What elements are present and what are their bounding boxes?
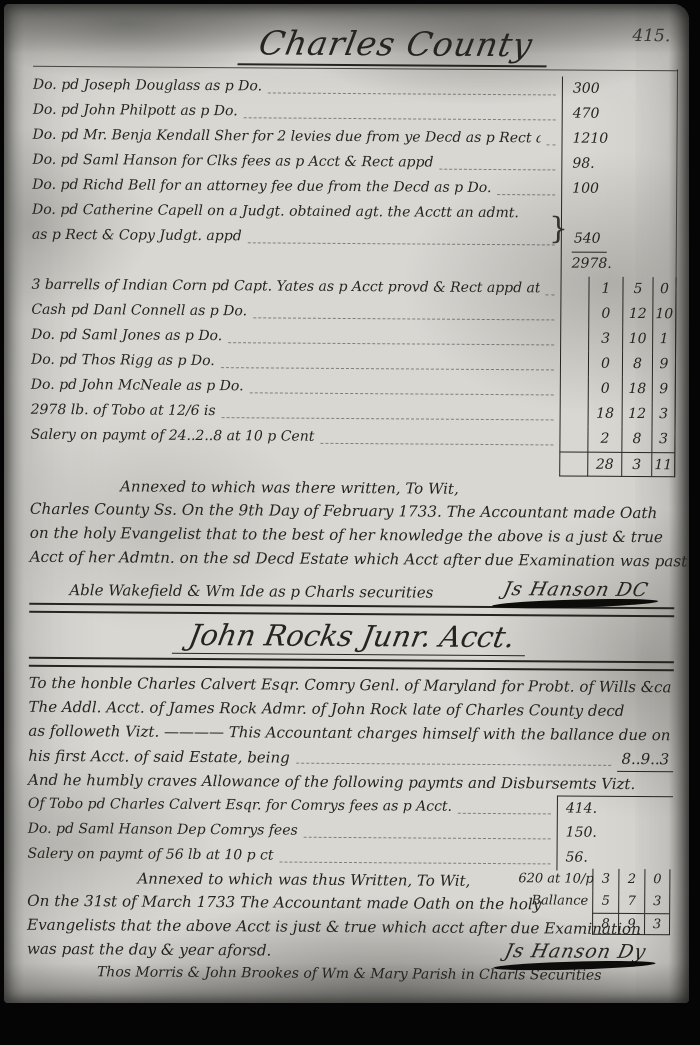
tobacco-amount (561, 201, 677, 227)
account1-table: Do. pd Joseph Douglass as p Do. 300 Do. … (30, 73, 678, 477)
entry-text: Do. pd Saml Jones as p Do. (31, 323, 222, 349)
pence-cell: 9 (652, 352, 676, 377)
pounds-cell: 18 (588, 402, 622, 427)
entry-text: Do. pd John McNeale as p Do. (31, 373, 244, 399)
page-content: 415. Charles County Do. pd Joseph Dougla… (4, 4, 689, 1003)
pounds-cell: 0 (588, 377, 622, 402)
summary-row: 620 at 10/p 3 2 0 (518, 868, 670, 891)
entry-text: 2978 lb. of Tobo at 12/6 is (31, 398, 216, 424)
total-pounds: 28 (587, 452, 621, 477)
summary-label (518, 912, 592, 935)
column-gap (560, 301, 588, 326)
page-number: 415. (632, 26, 670, 46)
closing-line: was past the day & year aforsd. Js Hanso… (27, 937, 672, 966)
entry-text: Do. pd Thos Rigg as p Do. (31, 348, 215, 374)
dash-leader (221, 367, 554, 370)
shillings-cell: 5 (622, 277, 652, 302)
shillings-cell: 2 (618, 869, 644, 891)
column-gap (560, 376, 588, 401)
signature-text: Js Hanson DC (501, 578, 651, 601)
shillings-cell: 18 (622, 377, 652, 402)
column-gap (560, 276, 588, 301)
signature: Js Hanson Dy (494, 940, 674, 965)
shillings-cell: 8 (622, 352, 652, 377)
balance-value: 8..9..3 (617, 747, 673, 772)
pounds-cell: 0 (588, 302, 622, 327)
section2-header: John Rocks Junr. Acct. (29, 617, 674, 658)
entry-text: Do. pd Saml Hanson Dep Comrys fees (28, 817, 298, 844)
row-spacer (271, 962, 496, 964)
oath-line: Acct of her Admtn. on the sd Decd Estate… (30, 545, 675, 574)
summary-total-row: 8 9 3 (518, 912, 670, 935)
dash-leader (244, 117, 556, 120)
row-spacer (32, 248, 561, 277)
total-row: 28 3 11 (30, 448, 675, 478)
entry-text: Do. pd Mr. Benja Kendall Sher for 2 levi… (32, 123, 540, 152)
pence-cell: 0 (652, 277, 676, 302)
summary-row: Ballance 5 7 3 (518, 890, 670, 913)
dash-leader (250, 392, 554, 395)
dash-leader (296, 763, 612, 766)
tobacco-amount: 98. (561, 151, 677, 177)
entry-text: Salery on paymt of 56 lb at 10 p ct (27, 842, 273, 869)
tobacco-amount: 100 (561, 176, 677, 202)
account2-intro: To the honble Charles Calvert Esqr. Comr… (28, 671, 673, 748)
account2-table: Of Tobo pd Charles Calvert Esqr. for Com… (27, 792, 673, 872)
tobacco-subtotal: 2978. (561, 251, 677, 277)
oath-paragraph: Charles County Ss. On the 9th Day of Feb… (30, 497, 675, 574)
dash-leader (222, 417, 554, 420)
tobacco-sum-underlined: 540 (572, 227, 607, 253)
pence-cell: 3 (651, 427, 675, 452)
shillings-cell: 7 (618, 891, 644, 913)
dash-leader (279, 862, 550, 865)
entry-text: Do. pd Saml Hanson for Clks fees as p Ac… (32, 148, 433, 176)
tobacco-amount: 470 (562, 101, 678, 127)
entry-text: Salery on paymt of 24..2..8 at 10 p Cent (30, 423, 314, 450)
tobacco-amount: 150. (557, 820, 673, 846)
pounds-cell: 3 (592, 869, 618, 891)
annex2-block: Annexed to which was thus Written, To Wi… (27, 869, 673, 985)
pounds-cell: 3 (588, 327, 622, 352)
dash-leader (253, 317, 554, 320)
account2-title: John Rocks Junr. Acct. (172, 618, 532, 656)
dash-leader (546, 144, 555, 145)
pence-cell: 3 (652, 402, 676, 427)
dash-leader (304, 837, 551, 840)
column-gap (560, 401, 588, 426)
dash-leader (545, 294, 554, 295)
annexed-note: Annexed to which was thus Written, To Wi… (137, 870, 492, 890)
pence-cell: 9 (652, 377, 676, 402)
document-scan: 415. Charles County Do. pd Joseph Dougla… (0, 0, 700, 1045)
column-gap (559, 426, 587, 451)
entry-text: Do. pd John Philpott as p Do. (33, 98, 238, 124)
entry-text: Do. pd Catherine Capell on a Judgt. obta… (32, 198, 519, 226)
shillings-cell: 12 (622, 302, 652, 327)
page-header: Charles County (153, 23, 638, 68)
oath-line: was past the day & year aforsd. (27, 937, 272, 963)
manuscript-page: 415. Charles County Do. pd Joseph Dougla… (4, 4, 689, 1003)
column-gap (560, 351, 588, 376)
dash-leader (497, 194, 555, 195)
dash-leader (228, 342, 554, 345)
entry-text: Do. pd Richd Bell for an attorney fee du… (32, 173, 491, 201)
pence-cell: 10 (652, 302, 676, 327)
entry-text: as p Rect & Copy Judgt. appd (32, 223, 242, 249)
intro-line: as followeth Vizt. ———— This Accountant … (28, 719, 673, 748)
total-pence: 3 (644, 913, 670, 935)
pounds-cell: 2 (587, 427, 621, 452)
column-gap (560, 326, 588, 351)
pence-cell: 0 (644, 869, 670, 891)
shillings-cell: 10 (622, 327, 652, 352)
double-rule (29, 657, 674, 672)
ledger-row: Salery on paymt of 56 lb at 10 p ct 56. (27, 842, 672, 872)
pence-cell: 1 (652, 327, 676, 352)
tobacco-amount: 414. (557, 795, 673, 821)
entry-text: Cash pd Danl Connell as p Do. (31, 298, 247, 325)
tobacco-amount: 56. (556, 845, 672, 871)
balance-label: his first Acct. of said Estate, being (28, 744, 290, 770)
page-title: Charles County (237, 23, 554, 67)
oath-line: On the 31st of March 1733 The Accountant… (27, 889, 492, 916)
signature: Js Hanson DC (493, 578, 677, 603)
dash-leader (268, 92, 556, 95)
securities-text: Able Wakefield & Wm Ide as p Charls secu… (69, 581, 433, 602)
pounds-cell: 1 (588, 277, 622, 302)
total-pounds: 8 (592, 913, 618, 935)
tobacco-amount: }540 (561, 226, 677, 252)
annexed-note: Annexed to which was there written, To W… (120, 477, 675, 499)
tobacco-amount: 1210 (561, 126, 677, 152)
row-spacer (30, 448, 559, 477)
summary-label: Ballance (518, 890, 592, 913)
dash-leader (439, 169, 555, 171)
shillings-cell: 8 (621, 427, 651, 452)
pounds-cell: 0 (588, 352, 622, 377)
total-pence: 11 (651, 452, 675, 477)
entry-text: Do. pd Joseph Douglass as p Do. (33, 73, 262, 100)
tobacco-amount: 300 (562, 76, 678, 102)
total-shillings: 9 (618, 913, 644, 935)
dash-leader (320, 443, 553, 446)
entry-text: 3 barrells of Indian Corn pd Capt. Yates… (31, 273, 539, 302)
total-shillings: 3 (621, 452, 651, 477)
entry-text: Of Tobo pd Charles Calvert Esqr. for Com… (28, 792, 452, 820)
dash-leader (458, 813, 551, 815)
brace-glyph: } (549, 216, 568, 241)
shillings-cell: 12 (622, 402, 652, 427)
summary-label: 620 at 10/p (518, 868, 592, 891)
attestation-line: Able Wakefield & Wm Ide as p Charls secu… (69, 575, 674, 603)
dash-leader (248, 242, 555, 245)
summary-table: 620 at 10/p 3 2 0 Ballance 5 7 3 8 9 3 (518, 868, 670, 935)
signature-text: Js Hanson Dy (503, 940, 649, 963)
column-gap (559, 451, 587, 476)
pence-cell: 3 (644, 891, 670, 913)
pounds-cell: 5 (592, 891, 618, 913)
